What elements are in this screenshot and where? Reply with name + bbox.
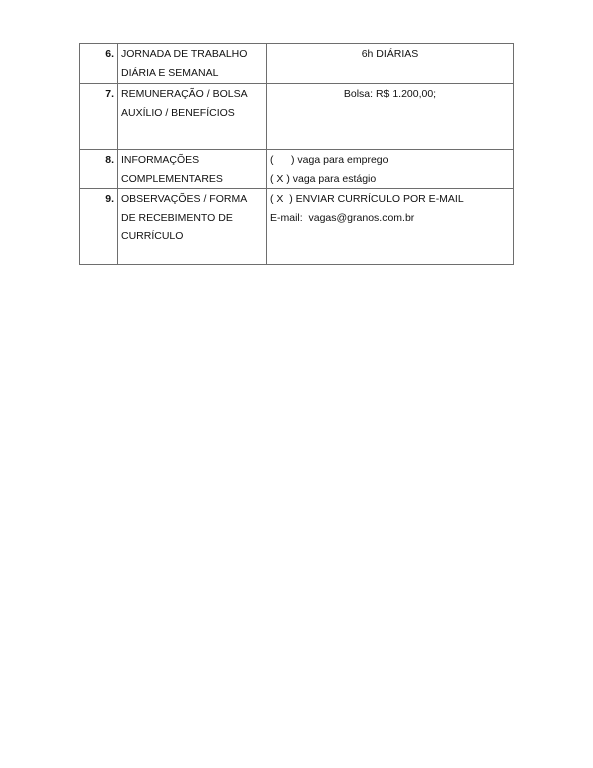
label-line: COMPLEMENTARES	[121, 170, 263, 189]
table-row-workday: 6. JORNADA DE TRABALHO DIÁRIA E SEMANAL …	[80, 44, 514, 84]
checkbox-option-employment: ( ) vaga para emprego	[270, 151, 510, 170]
row-number: 9.	[80, 189, 118, 265]
value-line: 6h DIÁRIAS	[270, 45, 510, 64]
label-line: CURRÍCULO	[121, 227, 263, 246]
row-number: 8.	[80, 150, 118, 189]
row-value: ( ) vaga para emprego ( X ) vaga para es…	[267, 150, 514, 189]
row-label: REMUNERAÇÃO / BOLSA AUXÍLIO / BENEFÍCIOS	[118, 84, 267, 150]
table-row-remuneration: 7. REMUNERAÇÃO / BOLSA AUXÍLIO / BENEFÍC…	[80, 84, 514, 150]
row-value: 6h DIÁRIAS	[267, 44, 514, 84]
label-line: OBSERVAÇÕES / FORMA	[121, 190, 263, 209]
row-label: JORNADA DE TRABALHO DIÁRIA E SEMANAL	[118, 44, 267, 84]
job-info-table: 6. JORNADA DE TRABALHO DIÁRIA E SEMANAL …	[79, 43, 514, 265]
email-contact: E-mail: vagas@granos.com.br	[270, 209, 510, 228]
row-label: INFORMAÇÕES COMPLEMENTARES	[118, 150, 267, 189]
value-line: Bolsa: R$ 1.200,00;	[270, 85, 510, 104]
label-line: JORNADA DE TRABALHO	[121, 45, 263, 64]
label-line: DE RECEBIMENTO DE	[121, 209, 263, 228]
table-row-observations: 9. OBSERVAÇÕES / FORMA DE RECEBIMENTO DE…	[80, 189, 514, 265]
table-row-additional-info: 8. INFORMAÇÕES COMPLEMENTARES ( ) vaga p…	[80, 150, 514, 189]
label-line: INFORMAÇÕES	[121, 151, 263, 170]
row-number: 7.	[80, 84, 118, 150]
label-line: DIÁRIA E SEMANAL	[121, 64, 263, 83]
checkbox-option-internship: ( X ) vaga para estágio	[270, 170, 510, 189]
checkbox-option-email: ( X ) ENVIAR CURRÍCULO POR E-MAIL	[270, 190, 510, 209]
row-number: 6.	[80, 44, 118, 84]
row-label: OBSERVAÇÕES / FORMA DE RECEBIMENTO DE CU…	[118, 189, 267, 265]
label-line: REMUNERAÇÃO / BOLSA	[121, 85, 263, 104]
row-value: ( X ) ENVIAR CURRÍCULO POR E-MAIL E-mail…	[267, 189, 514, 265]
row-value: Bolsa: R$ 1.200,00;	[267, 84, 514, 150]
label-line: AUXÍLIO / BENEFÍCIOS	[121, 104, 263, 123]
